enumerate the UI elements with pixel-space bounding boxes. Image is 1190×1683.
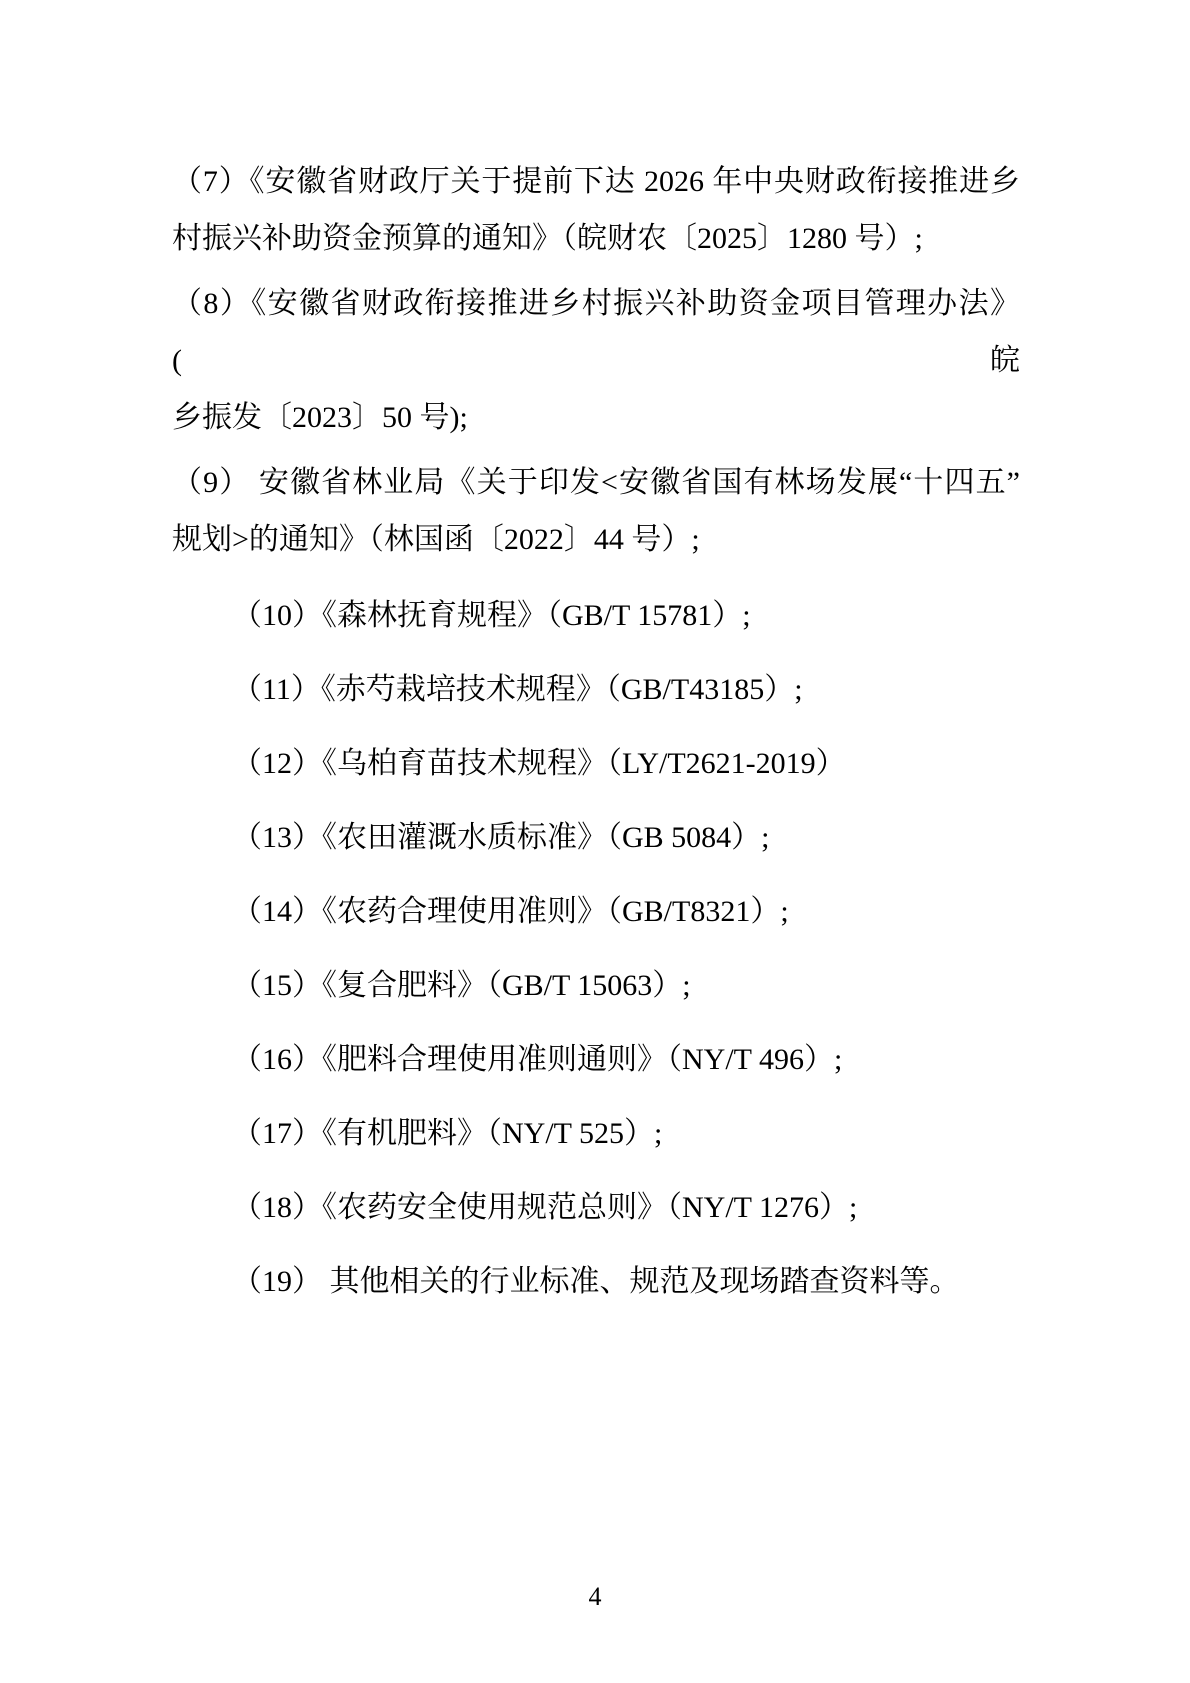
reference-line: （11）《赤芍栽培技术规程》（GB/T43185）; xyxy=(172,661,1020,718)
reference-item-15: （15）《复合肥料》（GB/T 15063）; xyxy=(172,957,1020,1014)
reference-line: （8）《安徽省财政衔接推进乡村振兴补助资金项目管理办法》(皖 xyxy=(172,275,1020,389)
reference-line: （19） 其他相关的行业标准、规范及现场踏查资料等。 xyxy=(172,1253,1020,1310)
reference-item-16: （16）《肥料合理使用准则通则》（NY/T 496）; xyxy=(172,1031,1020,1088)
reference-item-12: （12）《乌柏育苗技术规程》（LY/T2621-2019） xyxy=(172,735,1020,792)
reference-item-10: （10）《森林抚育规程》（GB/T 15781）; xyxy=(172,587,1020,644)
page-number: 4 xyxy=(589,1582,602,1611)
reference-line: （15）《复合肥料》（GB/T 15063）; xyxy=(172,957,1020,1014)
reference-line: （16）《肥料合理使用准则通则》（NY/T 496）; xyxy=(172,1031,1020,1088)
reference-item-11: （11）《赤芍栽培技术规程》（GB/T43185）; xyxy=(172,661,1020,718)
reference-line: 乡振发〔2023〕50 号); xyxy=(172,389,1020,446)
reference-item-17: （17）《有机肥料》（NY/T 525）; xyxy=(172,1105,1020,1162)
reference-line: 村振兴补助资金预算的通知》（皖财农〔2025〕1280 号）; xyxy=(172,210,1020,267)
document-page: （7）《安徽省财政厅关于提前下达 2026 年中央财政衔接推进乡 村振兴补助资金… xyxy=(0,0,1190,1683)
reference-item-8: （8）《安徽省财政衔接推进乡村振兴补助资金项目管理办法》(皖 乡振发〔2023〕… xyxy=(172,275,1020,446)
reference-line: （12）《乌柏育苗技术规程》（LY/T2621-2019） xyxy=(172,735,1020,792)
reference-line: （10）《森林抚育规程》（GB/T 15781）; xyxy=(172,587,1020,644)
reference-line: （14）《农药合理使用准则》（GB/T8321）; xyxy=(172,883,1020,940)
reference-line: 规划>的通知》（林国函〔2022〕44 号）; xyxy=(172,511,1020,568)
reference-line: （18）《农药安全使用规范总则》（NY/T 1276）; xyxy=(172,1179,1020,1236)
reference-line: （17）《有机肥料》（NY/T 525）; xyxy=(172,1105,1020,1162)
document-body: （7）《安徽省财政厅关于提前下达 2026 年中央财政衔接推进乡 村振兴补助资金… xyxy=(172,153,1020,1310)
reference-line: （13）《农田灌溉水质标准》（GB 5084）; xyxy=(172,809,1020,866)
reference-item-14: （14）《农药合理使用准则》（GB/T8321）; xyxy=(172,883,1020,940)
reference-item-9: （9） 安徽省林业局《关于印发<安徽省国有林场发展“十四五” 规划>的通知》（林… xyxy=(172,454,1020,568)
reference-line: （9） 安徽省林业局《关于印发<安徽省国有林场发展“十四五” xyxy=(172,454,1020,511)
reference-item-7: （7）《安徽省财政厅关于提前下达 2026 年中央财政衔接推进乡 村振兴补助资金… xyxy=(172,153,1020,267)
reference-item-19: （19） 其他相关的行业标准、规范及现场踏查资料等。 xyxy=(172,1253,1020,1310)
reference-item-13: （13）《农田灌溉水质标准》（GB 5084）; xyxy=(172,809,1020,866)
reference-line: （7）《安徽省财政厅关于提前下达 2026 年中央财政衔接推进乡 xyxy=(172,153,1020,210)
page-footer: 4 xyxy=(0,1581,1190,1613)
reference-item-18: （18）《农药安全使用规范总则》（NY/T 1276）; xyxy=(172,1179,1020,1236)
